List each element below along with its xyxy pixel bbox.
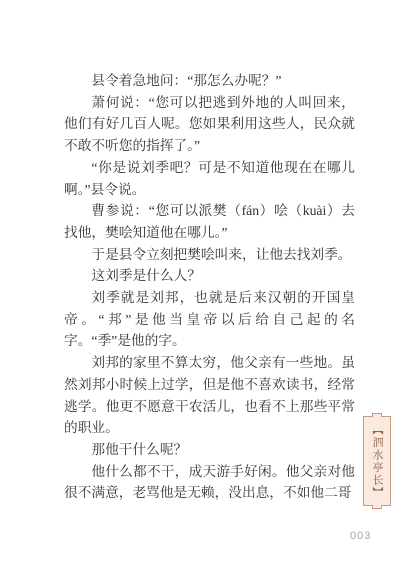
page-number: 003 (350, 530, 371, 542)
tab-notch-bottom (372, 505, 382, 509)
paragraph-6: 这刘季是什么人？ (64, 265, 355, 287)
book-page: 县令着急地问：“那怎么办呢？” 萧何说：“您可以把逃到外地的人叫回来，他们有好几… (0, 0, 411, 581)
paragraph-1: 县令着急地问：“那怎么办呢？” (64, 70, 355, 92)
paragraph-4: 曹参说：“您可以派樊（fán）哙（kuài）去找他，樊哙知道他在哪儿。” (64, 200, 355, 243)
body-text: 县令着急地问：“那怎么办呢？” 萧何说：“您可以把逃到外地的人叫回来，他们有好几… (64, 70, 355, 504)
chapter-tab: 【泗水亭长】 (363, 416, 391, 506)
chapter-tab-label: 【泗水亭长】 (369, 424, 385, 499)
paragraph-10: 他什么都不干，成天游手好闲。他父亲对他很不满意，老骂他是无赖，没出息，不如他二哥 (64, 461, 355, 504)
paragraph-9: 那他干什么呢？ (64, 439, 355, 461)
paragraph-7: 刘季就是刘邦，也就是后来汉朝的开国皇帝。“邦”是他当皇帝以后给自己起的名字。“季… (64, 287, 355, 352)
paragraph-2: 萧何说：“您可以把逃到外地的人叫回来，他们有好几百人呢。您如果利用这些人，民众就… (64, 92, 355, 157)
paragraph-5: 于是县令立刻把樊哙叫来，让他去找刘季。 (64, 244, 355, 266)
tab-notch-top (372, 413, 382, 417)
paragraph-3: “你是说刘季吧？可是不知道他现在在哪儿啊。”县令说。 (64, 157, 355, 200)
paragraph-8: 刘邦的家里不算太穷，他父亲有一些地。虽然刘邦小时候上过学，但是他不喜欢读书，经常… (64, 352, 355, 439)
